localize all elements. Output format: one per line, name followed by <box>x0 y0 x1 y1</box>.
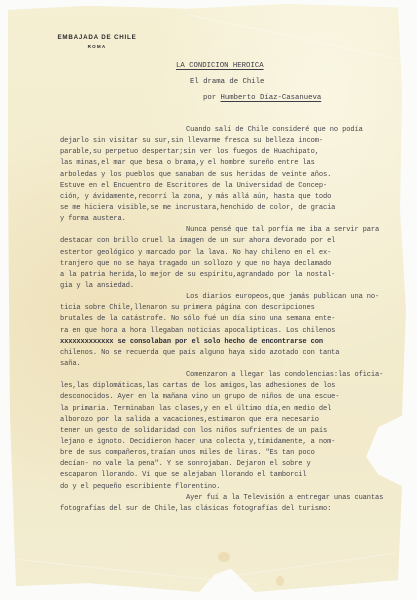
text-line: parable,su perpetuo despertar;sin ver lo… <box>60 147 405 158</box>
text-line: y forma austera. <box>60 214 405 225</box>
text-line: do y el pequeño escribiente florentino. <box>60 482 405 493</box>
text-line: se me hiciera visible,se me incrustara,h… <box>60 203 405 214</box>
paper-stain <box>276 576 284 586</box>
author-name: Humberto Díaz-Casanueva <box>221 94 322 102</box>
byline-prefix: por <box>203 94 216 102</box>
letterhead: EMBAJADA DE CHILE ROMA <box>54 34 140 49</box>
text-line: gia y la ansiedad. <box>60 281 405 292</box>
paper-stain <box>218 552 230 562</box>
text-line: la primaria. Terminaban las clases,y en … <box>60 404 405 415</box>
text-line: estertor geológico y marcado por la lava… <box>60 248 405 259</box>
text-line: chilenos. No se recuerda que país alguno… <box>60 348 405 359</box>
text-line: Nunca pensé que tal porfía me iba a serv… <box>60 225 405 236</box>
article-byline: por Humberto Díaz-Casanueva <box>203 94 321 102</box>
paper-crease <box>208 553 396 580</box>
paragraph-1: Cuando salí de Chile consideré que no po… <box>60 125 405 225</box>
text-line: Cuando salí de Chile consideré que no po… <box>60 125 405 136</box>
letterhead-city: ROMA <box>54 44 140 49</box>
text-line: lejano e ignoto. Decidieron hacer una co… <box>60 437 405 448</box>
letterhead-embassy: EMBAJADA DE CHILE <box>54 34 140 41</box>
text-line: tener un gesto de solidaridad con los ni… <box>60 426 405 437</box>
text-line: las minas,el mar que besa o brama,y el h… <box>60 158 405 169</box>
paragraph-2: Nunca pensé que tal porfía me iba a serv… <box>60 225 405 292</box>
text-line: saña. <box>60 359 405 370</box>
text-line: Estuve en el Encuentro de Escritores de … <box>60 181 405 192</box>
text-line: alborozo por la salida a vacaciones,esti… <box>60 415 405 426</box>
text-line: destacar con brillo cruel la imagen de u… <box>60 236 405 247</box>
text-line: dejarlo sin visitar su sur,sin llevarme … <box>60 136 405 147</box>
text-line: Ayer fuí a la Televisión a entregar unas… <box>60 493 405 504</box>
text-line: fotografías del sur de Chile,las clásica… <box>60 504 405 515</box>
paragraph-3: Los diarios europeos,que jamás publican … <box>60 292 405 370</box>
article-title: LA CONDICION HEROICA <box>176 62 264 70</box>
text-line: decían- no vale la pena". Y se sonrojaba… <box>60 459 405 470</box>
text-line: ción, y ávidamente,recorrí la zona, y má… <box>60 192 405 203</box>
text-line: brutales de la catástrofe. No sólo fué u… <box>60 314 405 325</box>
text-line: tranjero que no se haya tragado un sollo… <box>60 259 405 270</box>
text-line: arboledas y los pueblos que sanaban de s… <box>60 170 405 181</box>
text-line-struck-out: xxxxxxxxxxxxx se consolaban por el solo … <box>60 337 405 348</box>
text-line: escaparon llorando. Ví que se alejaban l… <box>60 470 405 481</box>
text-line: desconocidos. Ayer en la mañana vino un … <box>60 392 405 403</box>
article-subtitle: El drama de Chile <box>190 78 264 86</box>
text-line: Comenzaron a llegar las condolencias:las… <box>60 370 405 381</box>
text-line: ra en que hora a hora llegaban noticias … <box>60 326 405 337</box>
text-line: a la patria herida,lo mejor de su espíri… <box>60 270 405 281</box>
text-line: Los diarios europeos,que jamás publican … <box>60 292 405 303</box>
paragraph-4: Comenzaron a llegar las condolencias:las… <box>60 370 405 493</box>
text-line: ticia sobre Chile,llenaron su primera pá… <box>60 303 405 314</box>
article-body: Cuando salí de Chile consideré que no po… <box>60 125 405 515</box>
text-line: bre de sus compañeros,traían unos miles … <box>60 448 405 459</box>
text-line: les,las diplomáticas,las cartas de los a… <box>60 381 405 392</box>
paper-crease <box>18 559 257 585</box>
paragraph-5: Ayer fuí a la Televisión a entregar unas… <box>60 493 405 515</box>
paper-crease <box>188 14 403 61</box>
